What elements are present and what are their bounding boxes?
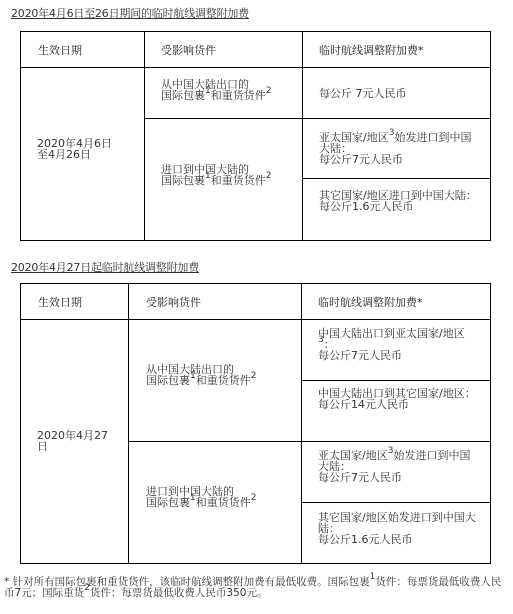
shipment-parcel: 国际包裹: [146, 374, 190, 387]
origin: 其它国家/地区始发进口到中国大陆：: [318, 511, 476, 535]
surcharge-rate: 其它国家/地区进口到中国大陆： 每公斤1.6元人民币: [319, 190, 479, 212]
shipment-export: 从中国大陆出口的 国际包裹1和重货货件2: [161, 79, 301, 101]
divider: [21, 319, 490, 320]
surcharge-rate: 每公斤 7元人民币: [319, 88, 407, 99]
surcharge-rate: 亚太国家/地区3始发进口到中国大陆： 每公斤7元人民币: [318, 450, 478, 483]
surcharge-table-2: 生效日期 受影响货件 临时航线调整附加费* 2020年4月27日 从中国大陆出口…: [20, 283, 491, 564]
surcharge-rate: 亚太国家/地区3始发进口到中国大陆： 每公斤7元人民币: [319, 132, 479, 165]
header-affected-shipments: 受影响货件: [146, 294, 201, 310]
header-effective-date: 生效日期: [38, 42, 82, 58]
section1-title[interactable]: 2020年4月6日至26日期间的临时航线调整附加费: [11, 5, 249, 21]
footnote-ref: 2: [266, 86, 272, 96]
footnote-text: 货件：每票货最低收费人民币350元。: [90, 587, 268, 599]
divider: [144, 118, 490, 119]
shipment-parcel: 国际包裹: [146, 496, 190, 509]
rate: 每公斤1.6元人民币: [318, 533, 413, 546]
shipment-parcel: 国际包裹: [161, 89, 205, 102]
rate: 每公斤14元人民币: [318, 398, 409, 411]
divider: [301, 502, 490, 503]
rate: 每公斤7元人民币: [318, 349, 402, 362]
header-surcharge: 临时航线调整附加费*: [318, 294, 423, 310]
divider: [144, 32, 145, 240]
surcharge-rate: 中国大陆出口到亚太国家/地区3： 每公斤7元人民币: [318, 328, 478, 361]
divider: [302, 32, 303, 240]
surcharge-rate: 中国大陆出口到其它国家/地区： 每公斤14元人民币: [318, 388, 478, 410]
shipment-freight: 和重货货件: [196, 374, 251, 387]
footnote-ref: 2: [266, 171, 272, 181]
rate: 每公斤7元人民币: [319, 153, 403, 166]
shipment-freight: 和重货货件: [211, 89, 266, 102]
divider: [128, 284, 129, 563]
footnote-ref: 2: [251, 371, 257, 381]
header-affected-shipments: 受影响货件: [161, 42, 216, 58]
divider: [128, 441, 490, 442]
header-effective-date: 生效日期: [38, 294, 82, 310]
rate: 每公斤7元人民币: [318, 471, 402, 484]
shipment-export: 从中国大陆出口的 国际包裹1和重货货件2: [146, 364, 296, 386]
divider: [301, 284, 302, 563]
shipment-freight: 和重货货件: [211, 174, 266, 187]
origin: 中国大陆出口到亚太国家/地区: [318, 327, 465, 340]
header-surcharge: 临时航线调整附加费*: [319, 42, 424, 58]
divider: [21, 67, 490, 68]
effective-date: 2020年4月6日至4月26日: [37, 138, 117, 160]
shipment-import: 进口到中国大陆的 国际包裹1和重货货件2: [146, 486, 296, 508]
rate: 每公斤1.6元人民币: [319, 200, 414, 213]
divider: [301, 380, 490, 381]
effective-date: 2020年4月27日: [37, 430, 109, 452]
footnote: * 针对所有国际包裹和重货货件，该临时航线调整附加费有最低收费。国际包裹1货件：…: [4, 577, 509, 599]
surcharge-rate: 其它国家/地区始发进口到中国大陆： 每公斤1.6元人民币: [318, 512, 478, 545]
shipment-parcel: 国际包裹: [161, 174, 205, 187]
shipment-freight: 和重货货件: [196, 496, 251, 509]
divider: [302, 178, 490, 179]
section2-title[interactable]: 2020年4月27日起临时航线调整附加费: [11, 259, 199, 275]
footnote-ref: 2: [251, 493, 257, 503]
shipment-import: 进口到中国大陆的 国际包裹1和重货货件2: [161, 164, 301, 186]
surcharge-table-1: 生效日期 受影响货件 临时航线调整附加费* 2020年4月6日至4月26日 从中…: [20, 31, 491, 241]
